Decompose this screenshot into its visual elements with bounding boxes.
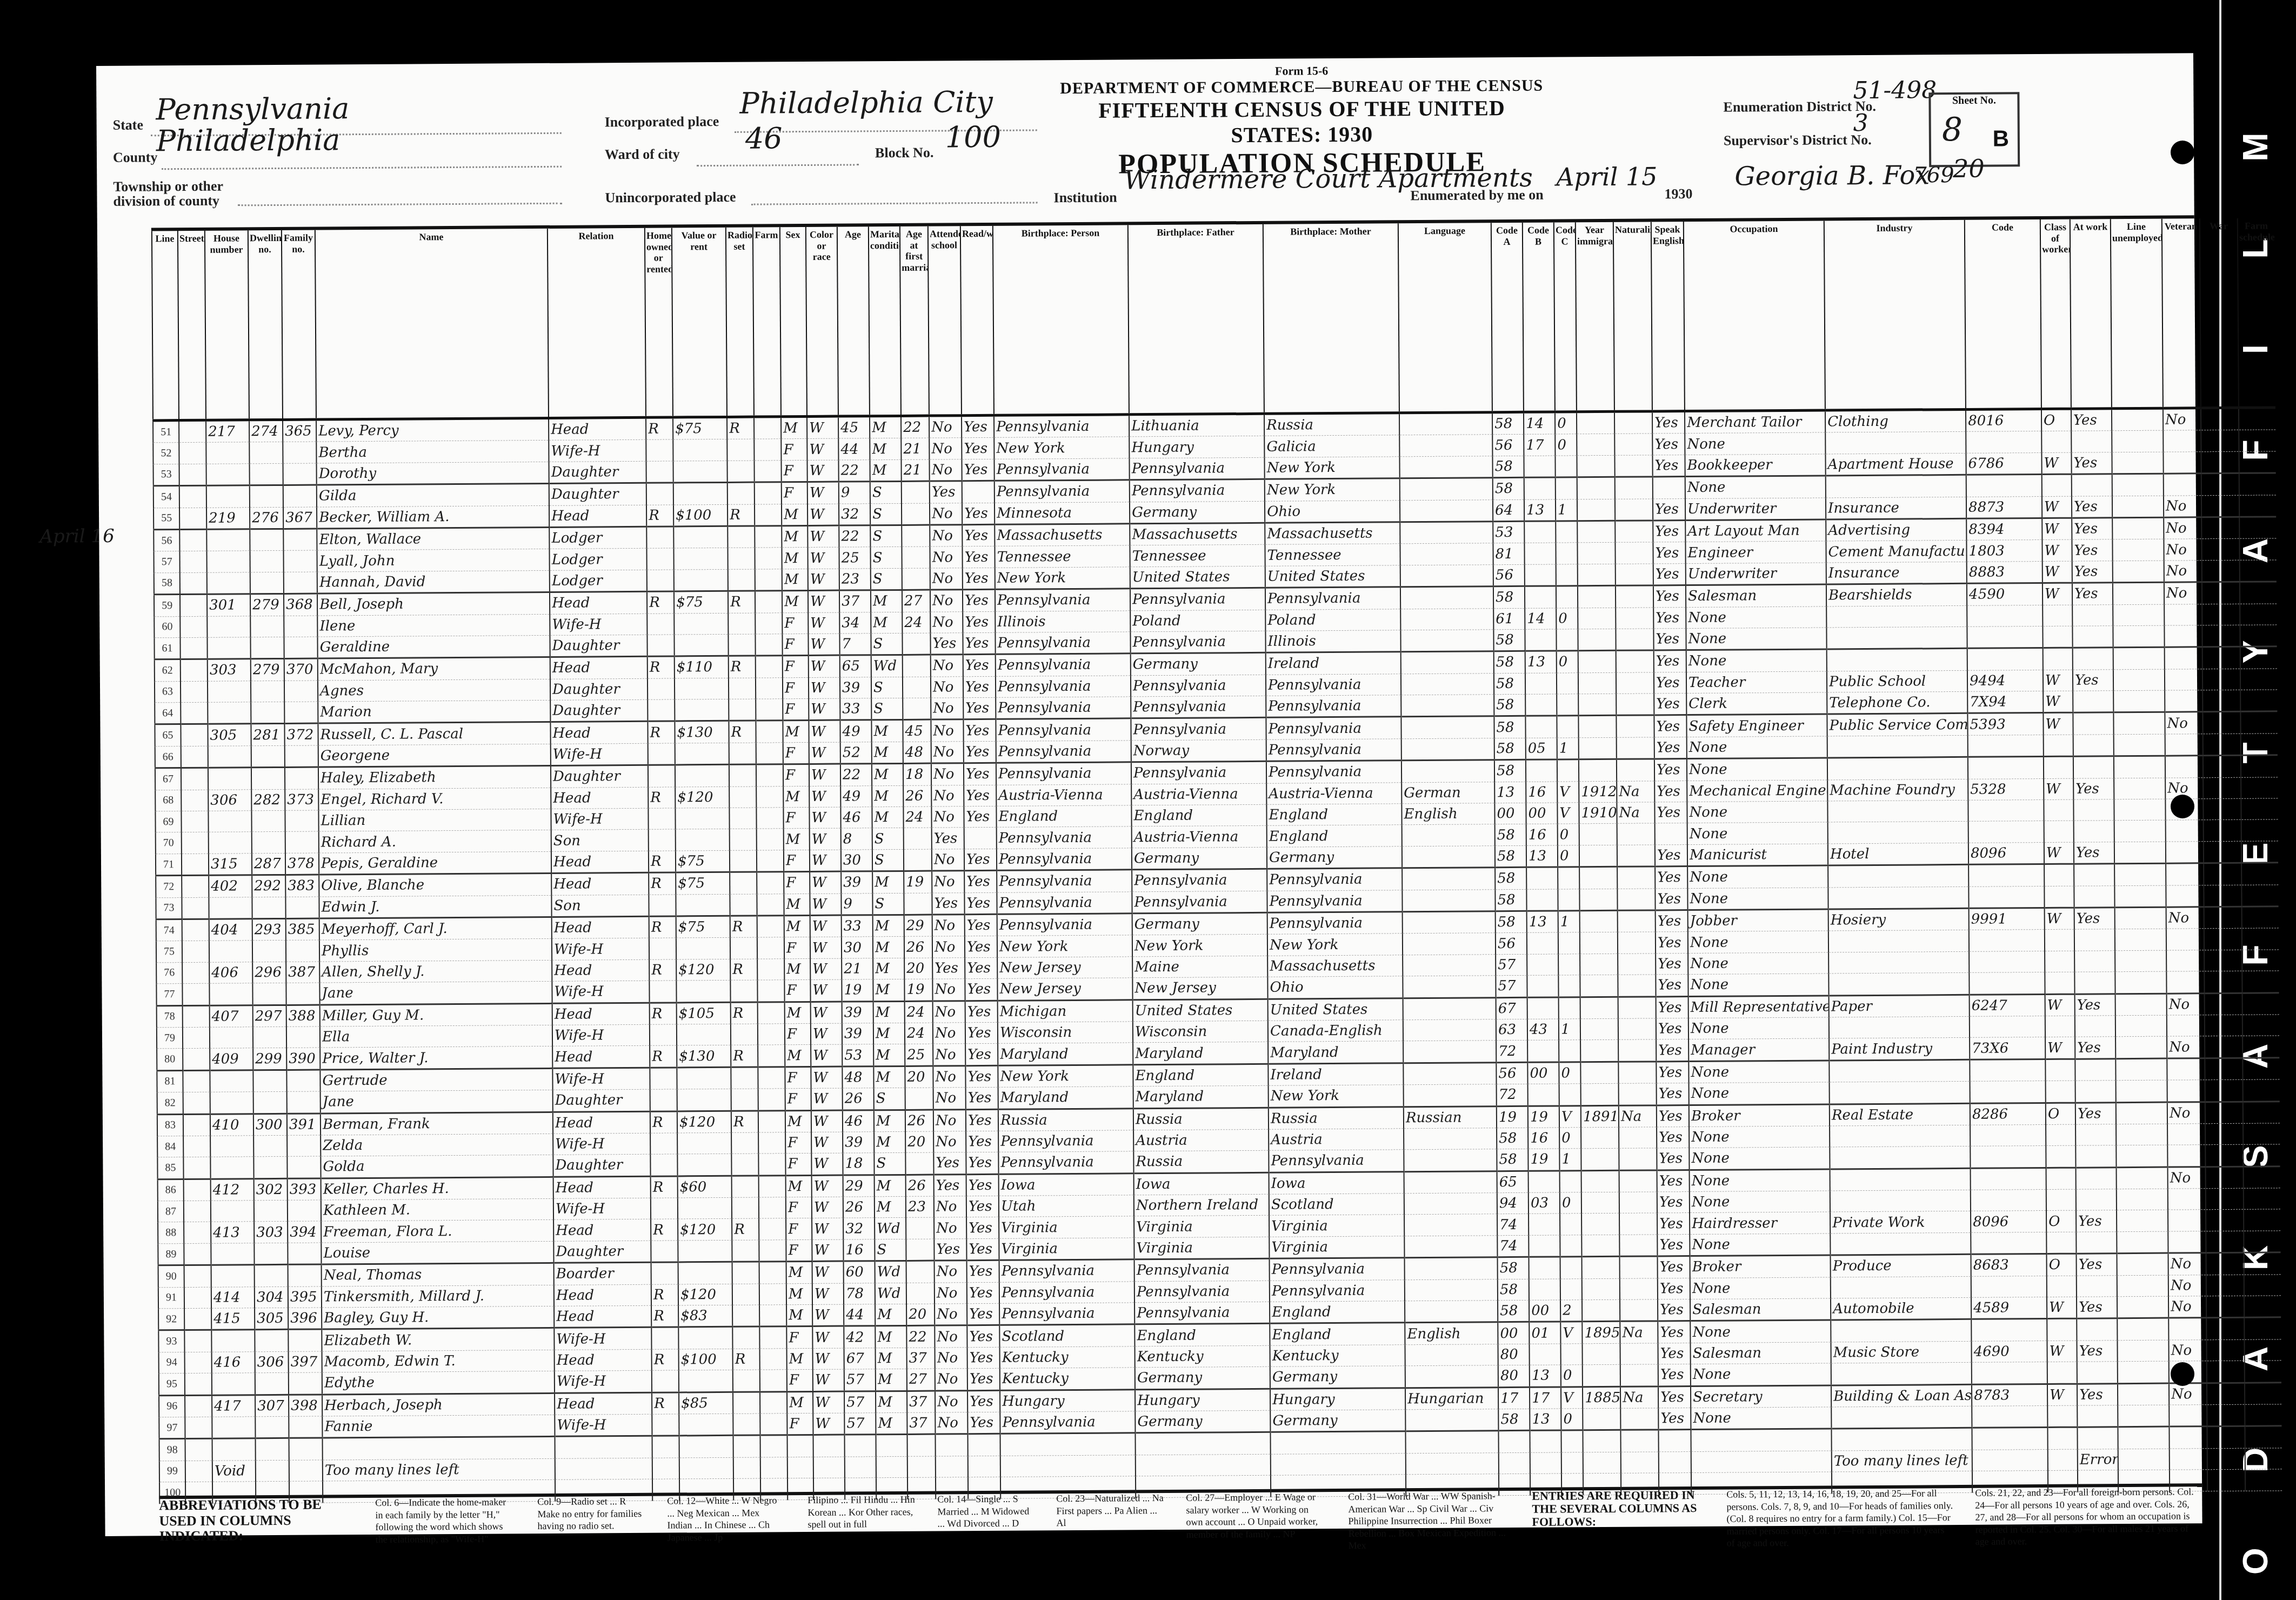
cell-bp-person: Massachusetts xyxy=(995,524,1130,546)
cell-sex xyxy=(787,1457,813,1478)
cell-lang xyxy=(1403,911,1496,934)
cell-vet xyxy=(2167,1124,2205,1145)
cell-school: No xyxy=(933,1001,965,1023)
cell-tenure: R xyxy=(646,417,673,440)
cell-bp-father: Germany xyxy=(1130,501,1265,524)
cell-line: 80 xyxy=(157,1049,183,1071)
cell-tenure: R xyxy=(650,1003,677,1025)
cell-cc: 2 xyxy=(1560,1300,1582,1322)
cell-sex: M xyxy=(782,548,807,569)
cell-lang xyxy=(1400,478,1493,500)
cell-name: Russell, C. L. Pascal xyxy=(318,722,550,745)
cell-sex: F xyxy=(785,1154,811,1176)
cell-cb xyxy=(1525,716,1557,738)
cell-work xyxy=(2076,1167,2117,1189)
cell-bp-father: Pennsylvania xyxy=(1131,762,1266,784)
cell-war xyxy=(2206,1275,2244,1296)
cell-name: Edythe xyxy=(322,1371,555,1395)
cell-sex: M xyxy=(782,591,808,613)
cell-farm xyxy=(758,1045,785,1067)
cell-bp-mother: New York xyxy=(1264,457,1399,479)
cell-farmsch xyxy=(2245,1448,2282,1470)
cell-war xyxy=(2206,1253,2244,1275)
cell-farmsch xyxy=(2241,884,2278,906)
cell-unemp xyxy=(2113,647,2165,669)
cell-cls: W xyxy=(2045,994,2075,1016)
column-header: Dwelling no. xyxy=(248,230,283,420)
cell-house: 406 xyxy=(209,962,252,984)
cell-bp-person: Maryland xyxy=(998,1086,1133,1109)
cell-nat xyxy=(1615,498,1653,521)
cell-race: W xyxy=(810,850,841,872)
cell-line: 71 xyxy=(156,854,182,876)
cell-dwelling xyxy=(252,897,285,919)
cell-house xyxy=(212,1417,255,1439)
cell-age-marr: 19 xyxy=(904,979,932,1001)
cell-occ xyxy=(1691,1451,1832,1473)
cell-cb: 14 xyxy=(1524,412,1555,435)
cell-read: Yes xyxy=(965,979,997,1001)
cell-nat: Na xyxy=(1620,1321,1658,1343)
film-letter: M xyxy=(2238,132,2273,161)
cell-family: 373 xyxy=(285,789,318,811)
cell-ind xyxy=(1828,886,1968,909)
cell-eng xyxy=(1659,1451,1691,1473)
cell-radio: R xyxy=(730,959,757,981)
cell-sex: M xyxy=(785,1002,811,1024)
cell-lang xyxy=(1404,1171,1497,1193)
cell-ca: 17 xyxy=(1498,1387,1530,1409)
cell-name: Edwin J. xyxy=(319,895,551,918)
cell-marital: Wd xyxy=(875,1261,906,1283)
cell-ind: Real Estate xyxy=(1830,1103,1970,1126)
cell-age-marr: 20 xyxy=(904,958,932,979)
cell-ocode xyxy=(1970,1124,2046,1146)
col12b-note: Filipino ... Fil Hindu ... Hin Korean ..… xyxy=(807,1494,916,1548)
column-header: Age at first marriage xyxy=(900,226,929,416)
cell-tenure: R xyxy=(651,1219,678,1241)
cell-bp-father: Pennsylvania xyxy=(1129,457,1264,480)
cell-cc xyxy=(1558,954,1580,976)
cell-tenure xyxy=(647,614,674,635)
cell-war xyxy=(2204,885,2241,907)
cell-radio xyxy=(727,548,755,569)
cell-ind xyxy=(1828,930,1969,952)
cell-war xyxy=(2206,1210,2244,1231)
cell-radio xyxy=(728,613,755,635)
cell-work xyxy=(2075,1145,2116,1168)
cell-cls: O xyxy=(2046,1254,2076,1276)
cell-age: 30 xyxy=(842,937,873,958)
cell-relation: Head xyxy=(552,1003,650,1025)
cell-eng: Yes xyxy=(1656,932,1688,954)
cell-vet xyxy=(2166,971,2204,994)
cell-age: 21 xyxy=(842,958,873,980)
cell-street xyxy=(183,1157,210,1179)
cell-read: Yes xyxy=(965,914,997,936)
cell-read: Yes xyxy=(962,546,995,568)
cell-vet: No xyxy=(2164,539,2201,561)
cell-read: Yes xyxy=(962,524,995,546)
cell-work: Yes xyxy=(2075,994,2115,1016)
cell-marital: S xyxy=(871,633,902,655)
cell-bp-father: Kentucky xyxy=(1135,1345,1270,1368)
cell-race: W xyxy=(812,1197,843,1218)
cell-read: Yes xyxy=(966,1174,999,1196)
cell-cb: 13 xyxy=(1530,1365,1561,1387)
cell-tenure xyxy=(650,1154,677,1176)
cell-age: 53 xyxy=(842,1044,873,1066)
cell-occ: Jobber xyxy=(1688,909,1828,932)
cell-lang xyxy=(1406,1452,1499,1474)
cell-dwelling xyxy=(250,616,284,637)
cell-bp-person: Pennsylvania xyxy=(996,741,1131,763)
cell-work: Yes xyxy=(2073,669,2113,691)
column-header: Family no. xyxy=(282,230,316,420)
cell-work xyxy=(2071,431,2112,452)
cell-farmsch xyxy=(2243,1101,2280,1123)
cell-bp-father: Germany xyxy=(1132,847,1267,870)
cell-house: 407 xyxy=(210,1005,253,1027)
cell-imm xyxy=(1583,1408,1620,1430)
cell-imm xyxy=(1579,759,1617,782)
cell-relation: Wife-H xyxy=(553,1198,651,1219)
cell-family xyxy=(288,1329,322,1351)
cell-ind xyxy=(1825,432,1966,454)
cell-lang xyxy=(1405,1257,1498,1279)
cell-school: No xyxy=(930,568,963,590)
cell-value xyxy=(676,894,730,916)
cell-vet xyxy=(2167,1058,2205,1080)
cell-nat xyxy=(1618,910,1656,932)
cell-nat xyxy=(1615,477,1653,499)
cell-cb: 16 xyxy=(1526,824,1558,845)
cell-lang xyxy=(1405,1301,1498,1323)
cell-race: W xyxy=(810,979,842,1002)
cell-eng: Yes xyxy=(1653,498,1685,521)
cell-age: 37 xyxy=(839,590,871,612)
cell-eng: Yes xyxy=(1653,585,1686,608)
cell-farmsch xyxy=(2239,430,2275,451)
cell-line: 76 xyxy=(156,962,182,984)
cell-ocode: 9494 xyxy=(1967,670,2043,691)
cell-dwelling xyxy=(251,745,285,768)
cell-house: 217 xyxy=(206,420,249,443)
cell-vet: No xyxy=(2164,560,2202,582)
col12-note: Col. 12—White ... W Negro ... Neg Mexica… xyxy=(667,1494,786,1549)
cell-name: Herbach, Joseph xyxy=(322,1393,555,1416)
cell-dwelling: 292 xyxy=(252,875,285,897)
cell-family: 393 xyxy=(288,1178,321,1201)
cell-street xyxy=(179,443,206,464)
cell-imm: 1910 xyxy=(1579,802,1617,824)
cell-lang xyxy=(1399,412,1492,435)
cell-family xyxy=(288,1200,321,1222)
cell-war xyxy=(2202,669,2240,690)
cell-school: No xyxy=(935,1304,967,1326)
cell-unemp xyxy=(2117,1340,2168,1362)
cell-age: 30 xyxy=(841,850,872,872)
cell-farmsch xyxy=(2244,1231,2280,1253)
cell-street xyxy=(181,746,208,768)
cell-age: 46 xyxy=(840,807,872,829)
cell-imm xyxy=(1577,455,1614,477)
cell-war xyxy=(2202,690,2240,712)
cell-sex: M xyxy=(782,569,808,591)
cell-lang xyxy=(1404,1236,1497,1258)
cell-sex: M xyxy=(786,1304,812,1326)
cell-bp-father: Maryland xyxy=(1133,1085,1269,1108)
cell-bp-father: Iowa xyxy=(1134,1172,1269,1195)
cell-work xyxy=(2073,799,2114,821)
column-header: At work xyxy=(2070,219,2112,409)
cell-sex: F xyxy=(783,764,809,786)
cell-nat xyxy=(1617,823,1655,845)
cell-house: 416 xyxy=(212,1352,255,1374)
cell-imm xyxy=(1578,585,1616,608)
cell-unemp xyxy=(2115,907,2166,929)
cell-read: Yes xyxy=(966,1109,998,1131)
cell-cls xyxy=(2047,1276,2077,1297)
cell-line: 69 xyxy=(155,811,181,833)
cell-age-marr xyxy=(906,1218,934,1239)
cell-cc: 1 xyxy=(1558,911,1580,933)
cell-family xyxy=(288,1264,322,1286)
cell-occ: None xyxy=(1687,888,1828,910)
cell-marital: Wd xyxy=(875,1218,906,1239)
cell-occ: None xyxy=(1691,1363,1831,1386)
cell-race: W xyxy=(810,958,842,980)
cell-lang xyxy=(1400,586,1493,609)
cell-relation: Head xyxy=(550,657,648,679)
cell-farm xyxy=(760,1370,787,1392)
cell-line: 64 xyxy=(155,703,181,725)
cell-age-marr: 48 xyxy=(903,742,931,764)
cell-ocode xyxy=(1966,475,2042,497)
cell-street xyxy=(182,875,209,897)
cell-race: W xyxy=(810,915,842,937)
cell-sex: F xyxy=(787,1370,813,1392)
cell-work: Yes xyxy=(2072,518,2112,540)
cell-age: 48 xyxy=(842,1066,873,1088)
cell-work: Yes xyxy=(2073,778,2114,799)
cell-ocode xyxy=(1971,1168,2046,1190)
cell-cc: V xyxy=(1559,1105,1581,1128)
cell-ocode: 8096 xyxy=(1968,842,2044,864)
unincorporated-place-underline xyxy=(751,202,1038,205)
cell-family: 383 xyxy=(285,875,319,897)
cell-tenure xyxy=(650,1068,677,1090)
cell-farmsch xyxy=(2241,777,2278,799)
cell-imm: 1885 xyxy=(1583,1386,1620,1409)
cell-cls: W xyxy=(2047,1384,2077,1406)
cell-marital: S xyxy=(872,828,904,850)
cell-imm xyxy=(1583,1365,1620,1387)
cell-name: Becker, William A. xyxy=(317,505,549,529)
cell-nat xyxy=(1616,672,1654,694)
cell-age-marr xyxy=(903,655,931,677)
cell-work xyxy=(2077,1318,2117,1341)
cell-farmsch xyxy=(2244,1252,2280,1275)
cell-relation: Head xyxy=(554,1284,651,1306)
cell-value: $105 xyxy=(677,1002,731,1024)
cell-tenure xyxy=(650,1089,677,1111)
cell-street xyxy=(185,1395,212,1417)
cell-relation: Son xyxy=(551,830,649,851)
cell-bp-person: Tennessee xyxy=(995,545,1130,568)
cell-school: No xyxy=(933,1044,965,1066)
cell-unemp xyxy=(2117,1231,2168,1254)
cell-lang xyxy=(1403,933,1496,955)
cell-cc xyxy=(1556,564,1578,586)
cell-name: Marion xyxy=(318,700,550,723)
cell-occ: None xyxy=(1686,628,1826,650)
cell-ca: 58 xyxy=(1494,673,1525,695)
cell-bp-person: Kentucky xyxy=(1000,1346,1135,1369)
cell-unemp xyxy=(2115,1015,2167,1037)
cell-dwelling: 304 xyxy=(255,1286,288,1308)
cell-name: Engel, Richard V. xyxy=(318,788,551,810)
cell-ind: Hosiery xyxy=(1828,908,1969,931)
cell-tenure xyxy=(647,570,674,592)
cell-cls xyxy=(2044,799,2073,821)
cell-nat xyxy=(1619,1192,1657,1214)
cell-family: 372 xyxy=(284,723,318,745)
cell-school: No xyxy=(935,1282,967,1304)
cell-war xyxy=(2207,1404,2245,1426)
cell-bp-father xyxy=(1136,1454,1271,1476)
cell-farmsch xyxy=(2240,669,2277,690)
cell-read: Yes xyxy=(966,1238,999,1261)
cell-value: $120 xyxy=(676,959,730,981)
cell-radio xyxy=(732,1262,759,1284)
cell-line: 86 xyxy=(158,1179,184,1201)
cell-cls xyxy=(2045,972,2074,994)
cell-imm xyxy=(1578,651,1616,673)
cell-farm xyxy=(756,764,783,786)
cell-sex: F xyxy=(785,1132,811,1154)
cell-radio xyxy=(731,1067,758,1089)
cell-tenure xyxy=(646,461,673,483)
cell-war xyxy=(2201,451,2239,474)
cell-cls xyxy=(2043,626,2072,648)
cell-ca: 58 xyxy=(1497,1128,1528,1149)
cell-ocode xyxy=(1967,626,2043,648)
cell-relation: Boarder xyxy=(554,1263,651,1285)
cell-vet xyxy=(2166,885,2204,907)
column-header: Birthplace: Mother xyxy=(1263,223,1399,414)
cell-value: $75 xyxy=(676,850,730,872)
cell-age: 22 xyxy=(839,525,870,548)
cell-read xyxy=(962,481,995,503)
cell-farm xyxy=(759,1197,786,1219)
cell-sex: F xyxy=(784,872,810,894)
cell-school: No xyxy=(932,871,964,893)
institution-label: Institution xyxy=(1053,189,1117,206)
cell-tenure xyxy=(648,699,675,722)
cell-cc: 0 xyxy=(1561,1409,1583,1431)
cell-race: W xyxy=(808,590,839,612)
column-header: House number xyxy=(205,230,249,420)
cell-cb xyxy=(1529,1171,1560,1193)
cell-bp-father: Pennsylvania xyxy=(1132,891,1267,914)
cell-ca: 57 xyxy=(1496,954,1527,976)
cell-unemp xyxy=(2113,625,2164,648)
cell-bp-person: Pennsylvania xyxy=(997,914,1132,936)
cell-vet xyxy=(2164,625,2202,648)
cell-value xyxy=(674,569,728,591)
cell-school: No xyxy=(932,915,965,937)
cell-house xyxy=(210,1070,253,1092)
cell-bp-mother: Pennsylvania xyxy=(1270,1279,1405,1302)
cell-marital: M xyxy=(874,1131,905,1153)
cell-imm xyxy=(1579,737,1617,759)
cell-bp-father: Germany xyxy=(1132,912,1267,935)
cell-age-marr: 24 xyxy=(902,612,930,634)
column-header: Veteran xyxy=(2162,218,2201,408)
cell-line: 77 xyxy=(156,984,182,1006)
cell-farmsch xyxy=(2244,1296,2281,1318)
cell-cls xyxy=(2045,1059,2075,1081)
cell-street xyxy=(184,1179,211,1201)
cell-street xyxy=(182,854,209,876)
cell-eng: Yes xyxy=(1657,1105,1689,1127)
cell-eng: Yes xyxy=(1657,1148,1689,1170)
cell-tenure xyxy=(652,1436,679,1458)
cell-occ: None xyxy=(1687,736,1827,759)
cell-dwelling xyxy=(253,1070,286,1092)
column-header: Language xyxy=(1398,223,1492,413)
cell-war xyxy=(2207,1448,2245,1470)
cell-value xyxy=(678,1240,732,1262)
cell-cc xyxy=(1556,477,1577,499)
sheet-letter: B xyxy=(1992,125,2009,151)
cell-line: 68 xyxy=(155,790,181,811)
cell-farm xyxy=(757,916,784,938)
cell-lang: German xyxy=(1401,782,1494,803)
cell-cc xyxy=(1560,1278,1582,1300)
cell-marital: M xyxy=(872,764,903,786)
cell-dwelling xyxy=(253,1091,287,1114)
cell-bp-mother: Ohio xyxy=(1267,976,1403,999)
cell-eng: Yes xyxy=(1658,1278,1690,1299)
cell-read: Yes xyxy=(967,1412,1000,1434)
cell-bp-person: Pennsylvania xyxy=(997,870,1132,892)
cell-relation: Lodger xyxy=(549,526,646,549)
cell-occ: Bookkeeper xyxy=(1685,454,1825,477)
cell-imm xyxy=(1583,1430,1620,1452)
cell-age: 23 xyxy=(839,568,871,590)
cell-cb: 13 xyxy=(1530,1409,1561,1431)
cell-bp-person: New York xyxy=(995,567,1130,590)
cell-occ: None xyxy=(1688,1061,1829,1083)
cell-race: W xyxy=(811,1132,843,1154)
cell-cls xyxy=(2047,1405,2077,1428)
cell-read: Yes xyxy=(962,415,994,438)
cell-imm xyxy=(1582,1257,1620,1279)
cell-bp-father: Northern Ireland xyxy=(1134,1194,1269,1216)
cell-school: No xyxy=(929,416,962,438)
cell-bp-mother: New York xyxy=(1267,934,1403,956)
cell-lang xyxy=(1405,1409,1498,1431)
cell-street xyxy=(179,485,206,508)
cell-relation: Wife-H xyxy=(551,808,648,830)
cell-unemp xyxy=(2115,971,2166,994)
cell-line: 87 xyxy=(158,1201,184,1223)
cell-bp-person: New Jersey xyxy=(997,978,1132,1001)
cell-bp-father: United States xyxy=(1130,566,1265,589)
cell-ocode xyxy=(1971,1190,2046,1211)
